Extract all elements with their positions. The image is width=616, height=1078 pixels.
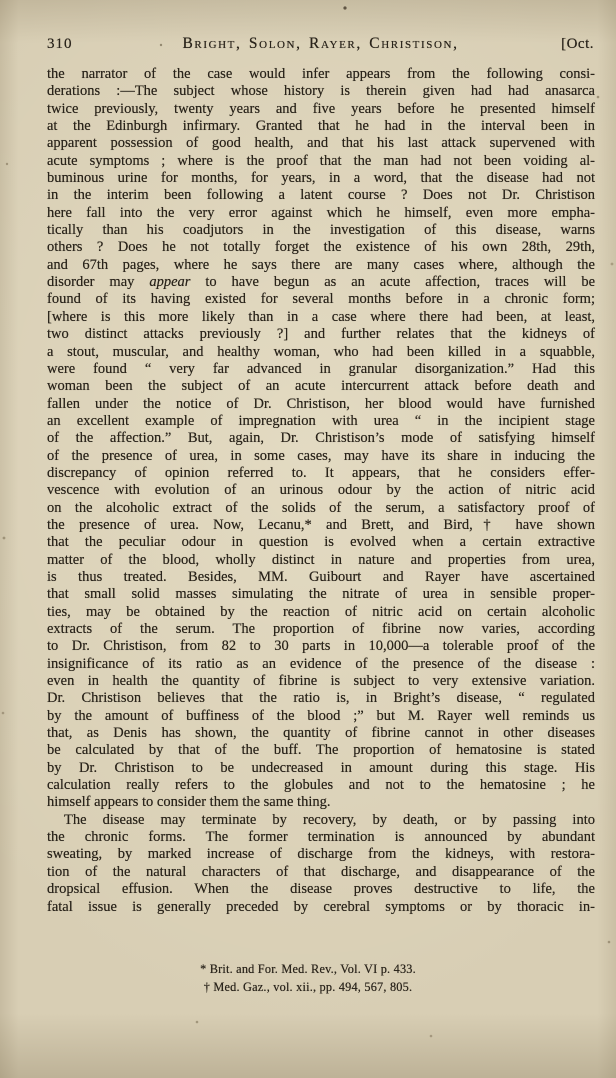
- text-line: sweating, by marked increase of discharg…: [47, 846, 595, 863]
- text-line: twice previously, twenty years and five …: [47, 101, 595, 118]
- text-line: dropsical effusion. When the disease pro…: [47, 881, 595, 898]
- text-line: be calculated by that of the buff. The p…: [47, 742, 595, 759]
- text-line: the narrator of the case would infer app…: [47, 66, 595, 83]
- scanned-page: 310 Bright, Solon, Rayer, Christison, [O…: [0, 0, 616, 1078]
- page-header: 310 Bright, Solon, Rayer, Christison, [O…: [47, 35, 594, 53]
- text-line: tion of the natural characters of that d…: [47, 864, 595, 881]
- footnote-line: † Med. Gaz., vol. xii., pp. 494, 567, 80…: [0, 979, 616, 997]
- text-line: [where is this more likely than in a cas…: [47, 309, 595, 326]
- text-line: insignificance of its ratio as an eviden…: [47, 656, 595, 673]
- text-line: an excellent example of impregnation wit…: [47, 413, 595, 430]
- text-line: ties, may be obtained by the reaction of…: [47, 604, 595, 621]
- page-body-text: the narrator of the case would infer app…: [47, 66, 595, 916]
- text-line: tically than his coadjutors in the inves…: [47, 222, 595, 239]
- text-line: buminous urine for months, for years, in…: [47, 170, 595, 187]
- text-line: the presence of urea. Now, Lecanu,* and …: [47, 517, 595, 534]
- text-line: and 67th pages, where he says there are …: [47, 257, 595, 274]
- text-line: Dr. Christison believes that the ratio i…: [47, 690, 595, 707]
- text-line: matter of the blood, wholly distinct in …: [47, 552, 595, 569]
- text-line: even in health the quantity of fibrine i…: [47, 673, 595, 690]
- text-line: apparent possession of good health, and …: [47, 135, 595, 152]
- text-line: others ? Does he not totally forget the …: [47, 239, 595, 256]
- text-line: vescence with evolution of an urinous od…: [47, 482, 595, 499]
- text-line: calculation really refers to the globule…: [47, 777, 595, 794]
- text-line: acute symptoms ; where is the proof that…: [47, 153, 595, 170]
- text-line: in the interim been following a latent c…: [47, 187, 595, 204]
- text-line: of the presence of urea, in some cases, …: [47, 448, 595, 465]
- text-line: on the alcoholic extract of the solids o…: [47, 500, 595, 517]
- text-line: disorder may appear to have begun as an …: [47, 274, 595, 291]
- paper-specks: [0, 0, 2, 2]
- header-date: [Oct.: [524, 36, 594, 53]
- text-line: that, as Denis has shown, the quantity o…: [47, 725, 595, 742]
- footnotes: * Brit. and For. Med. Rev., Vol. VI p. 4…: [0, 961, 616, 996]
- page-number: 310: [47, 36, 117, 53]
- text-line: fallen under the notice of Dr. Christiso…: [47, 396, 595, 413]
- running-title: Bright, Solon, Rayer, Christison,: [117, 35, 524, 53]
- text-line: himself appears to consider them the sam…: [47, 794, 595, 811]
- footnote-line: * Brit. and For. Med. Rev., Vol. VI p. 4…: [0, 961, 616, 979]
- text-line: a stout, muscular, and healthy woman, wh…: [47, 344, 595, 361]
- text-line: is thus treated. Besides, MM. Guibourt a…: [47, 569, 595, 586]
- text-line: The disease may terminate by recovery, b…: [47, 812, 595, 829]
- text-line: at the Edinburgh infirmary. Granted that…: [47, 118, 595, 135]
- text-line: that the peculiar odour in question is e…: [47, 534, 595, 551]
- text-line: derations :—The subject whose history is…: [47, 83, 595, 100]
- text-line: found of its having existed for several …: [47, 291, 595, 308]
- text-line: that small solid masses simulating the n…: [47, 586, 595, 603]
- text-line: to Dr. Christison, from 82 to 30 parts i…: [47, 638, 595, 655]
- text-line: discrepancy of opinion referred to. It a…: [47, 465, 595, 482]
- text-line: woman been the subject of an acute inter…: [47, 378, 595, 395]
- text-line: were found “ very far advanced in granul…: [47, 361, 595, 378]
- text-line: the chronic forms. The former terminatio…: [47, 829, 595, 846]
- text-line: by Dr. Christison to be undecreased in a…: [47, 760, 595, 777]
- text-line: by the amount of buffiness of the blood …: [47, 708, 595, 725]
- text-line: here fall into the very error against wh…: [47, 205, 595, 222]
- text-line: fatal issue is generally preceded by cer…: [47, 899, 595, 916]
- text-line: of the affection.” But, again, Dr. Chris…: [47, 430, 595, 447]
- italic-word: appear: [149, 274, 190, 290]
- text-line: extracts of the serum. The proportion of…: [47, 621, 595, 638]
- text-line: two distinct attacks previously ?] and f…: [47, 326, 595, 343]
